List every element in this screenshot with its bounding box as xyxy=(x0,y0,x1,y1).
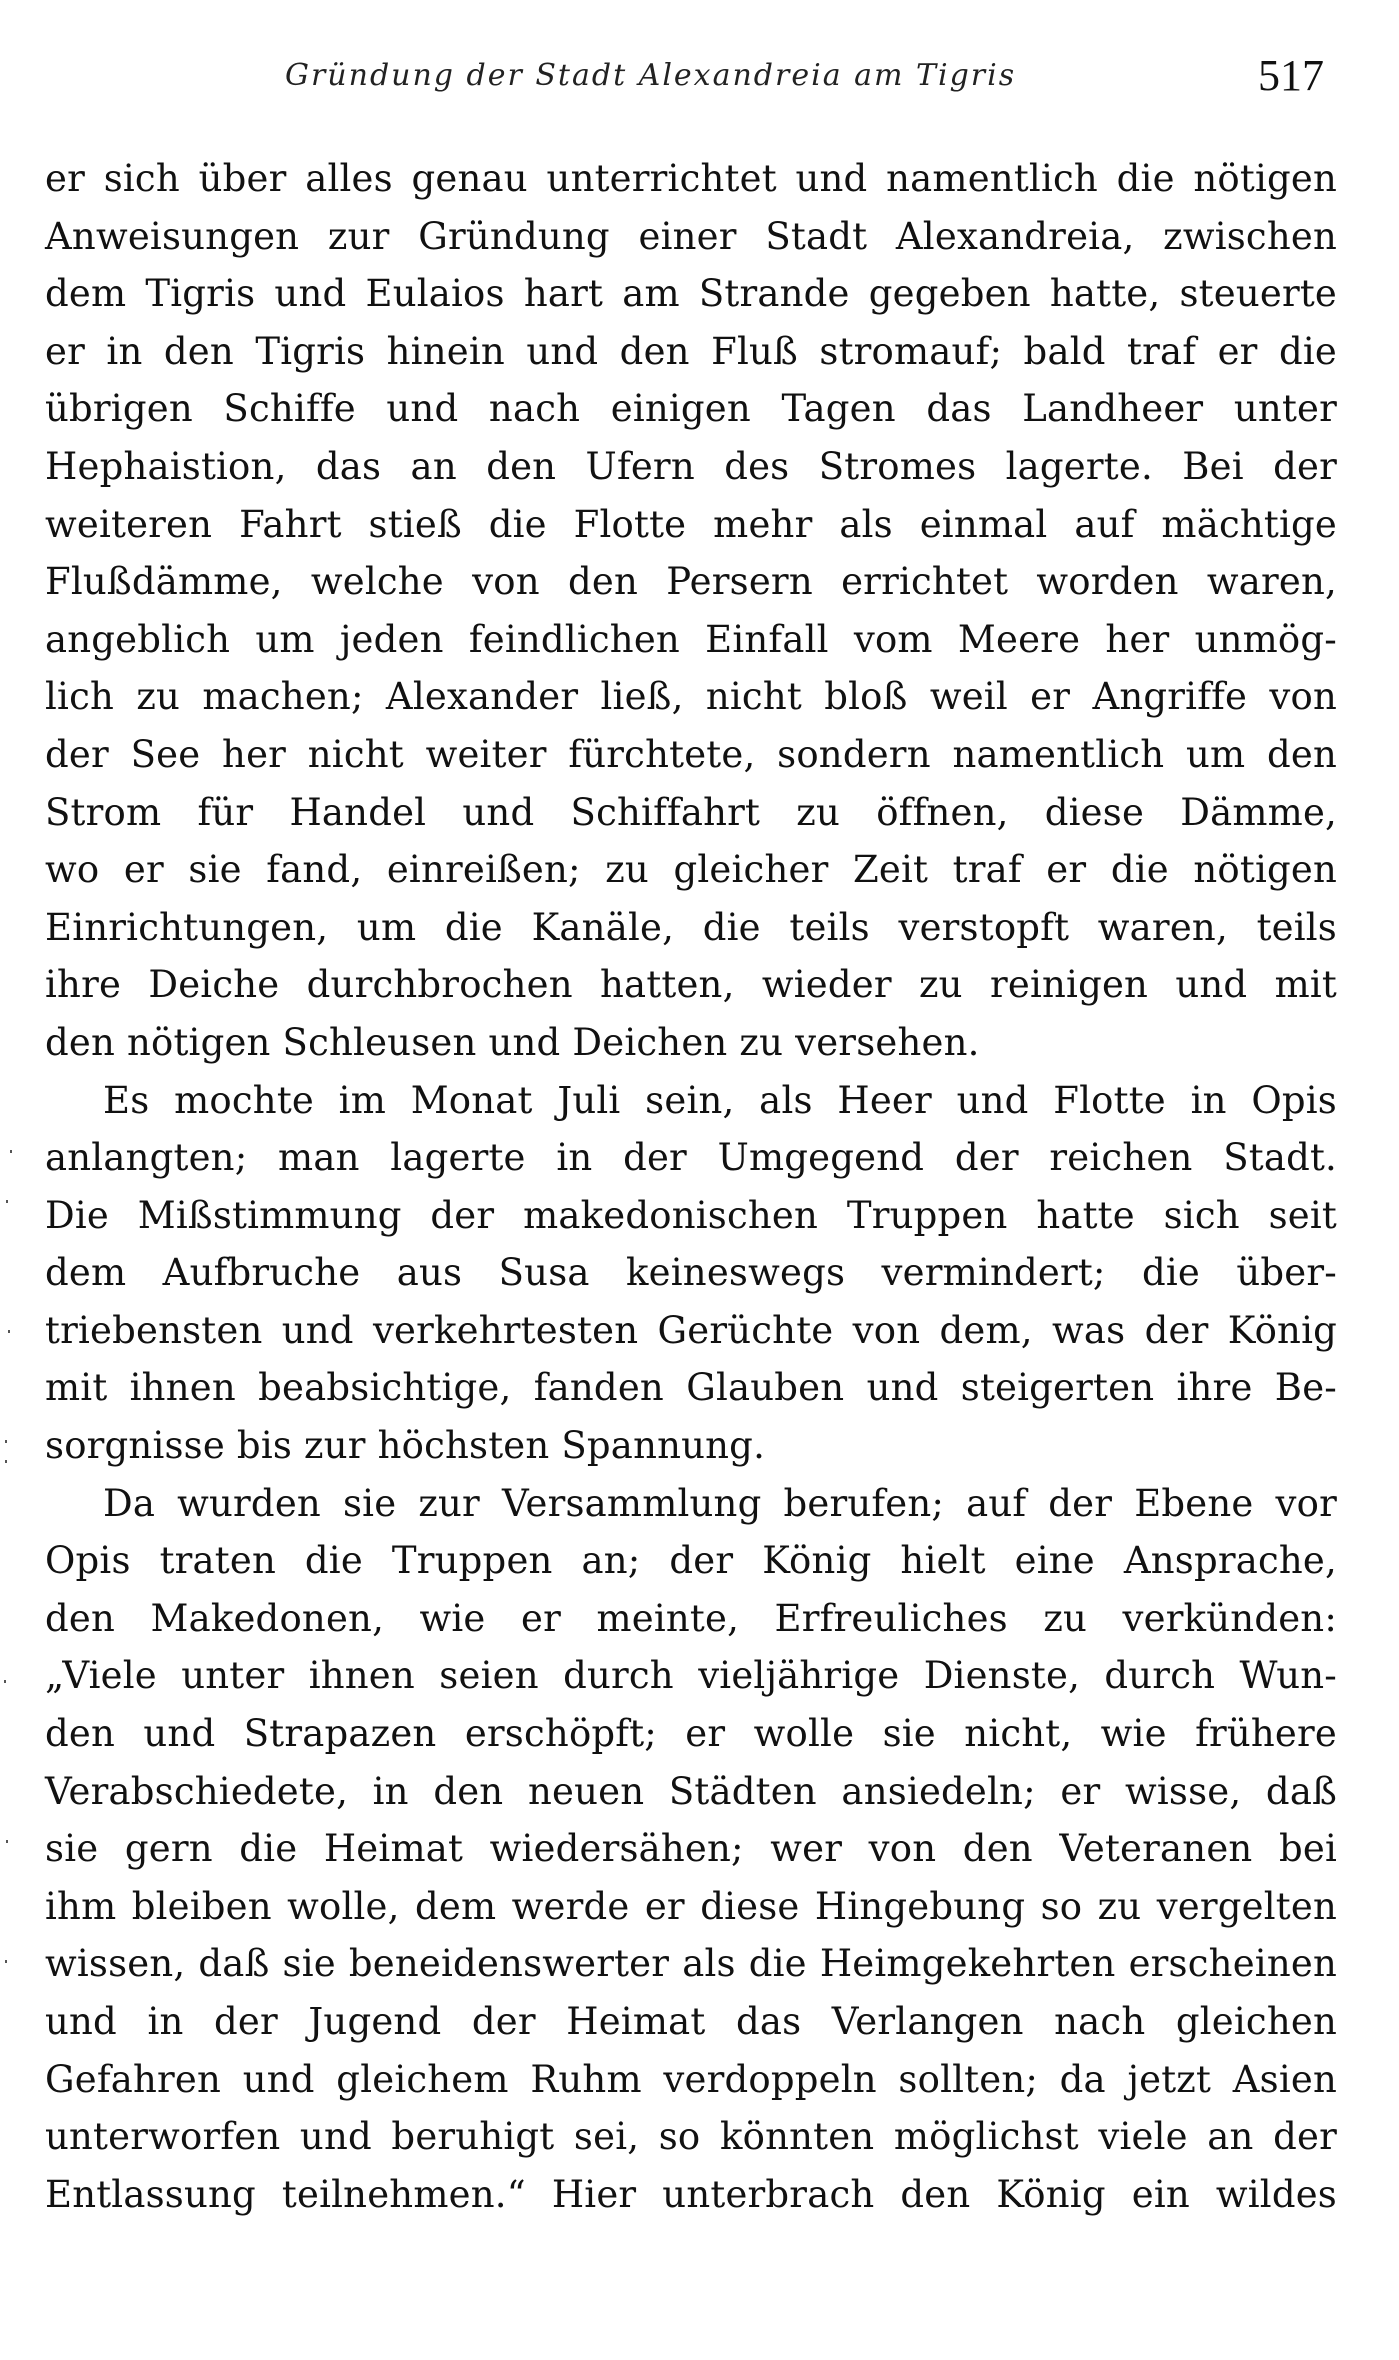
paragraph-3: Da wurden sie zur Versammlung berufen; a… xyxy=(45,1475,1337,2224)
text-line: Gefahren und gleichem Ruhm verdoppeln so… xyxy=(45,2051,1337,2109)
text-line: den und Strapazen erschöpft; er wolle si… xyxy=(45,1705,1337,1763)
text-line: weiteren Fahrt stieß die Flotte mehr als… xyxy=(45,496,1337,554)
running-head: Gründung der Stadt Alexandreia am Tigris… xyxy=(0,48,1399,108)
speck xyxy=(8,1330,10,1333)
text-line: Einrichtungen, um die Kanäle, die teils … xyxy=(45,899,1337,957)
text-line: und in der Jugend der Heimat das Verlang… xyxy=(45,1993,1337,2051)
speck xyxy=(4,1680,6,1683)
text-line: wo er sie fand, einreißen; zu gleicher Z… xyxy=(45,841,1337,899)
text-line: lich zu machen; Alexander ließ, nicht bl… xyxy=(45,668,1337,726)
text-line: Opis traten die Truppen an; der König hi… xyxy=(45,1532,1337,1590)
speck xyxy=(10,1150,12,1153)
text-line: Da wurden sie zur Versammlung berufen; a… xyxy=(45,1475,1337,1533)
text-line: er sich über alles genau unterrichtet un… xyxy=(45,150,1337,208)
running-title: Gründung der Stadt Alexandreia am Tigris xyxy=(285,58,1016,93)
speck xyxy=(5,1460,7,1463)
text-line: sie gern die Heimat wiedersähen; wer von… xyxy=(45,1820,1337,1878)
text-line: Flußdämme, welche von den Persern errich… xyxy=(45,553,1337,611)
text-line: Die Mißstimmung der makedonischen Truppe… xyxy=(45,1187,1337,1245)
body-text: er sich über alles genau unterrichtet un… xyxy=(45,150,1337,2223)
text-line: Entlassung teilnehmen.“ Hier unterbrach … xyxy=(45,2166,1337,2224)
speck xyxy=(5,1440,7,1443)
text-line: „Viele unter ihnen seien durch vieljähri… xyxy=(45,1647,1337,1705)
text-line: er in den Tigris hinein und den Fluß str… xyxy=(45,323,1337,381)
speck xyxy=(6,1840,8,1843)
text-line: den Makedonen, wie er meinte, Erfreulich… xyxy=(45,1590,1337,1648)
text-line: ihm bleiben wolle, dem werde er diese Hi… xyxy=(45,1878,1337,1936)
text-line: ihre Deiche durchbrochen hatten, wieder … xyxy=(45,956,1337,1014)
book-page: Gründung der Stadt Alexandreia am Tigris… xyxy=(0,0,1399,2360)
text-line: Es mochte im Monat Juli sein, als Heer u… xyxy=(45,1072,1337,1130)
text-line: Hephaistion, das an den Ufern des Strome… xyxy=(45,438,1337,496)
text-line: der See her nicht weiter fürchtete, sond… xyxy=(45,726,1337,784)
text-line: anlangten; man lagerte in der Umgegend d… xyxy=(45,1129,1337,1187)
text-line: den nötigen Schleusen und Deichen zu ver… xyxy=(45,1014,1337,1072)
paragraph-1: er sich über alles genau unterrichtet un… xyxy=(45,150,1337,1072)
text-line: angeblich um jeden feindlichen Einfall v… xyxy=(45,611,1337,669)
text-line: triebensten und verkehrtesten Gerüchte v… xyxy=(45,1302,1337,1360)
page-number: 517 xyxy=(1258,50,1324,101)
text-line: dem Aufbruche aus Susa keineswegs vermin… xyxy=(45,1244,1337,1302)
text-line: sorgnisse bis zur höchsten Spannung. xyxy=(45,1417,1337,1475)
text-line: Verabschiedete, in den neuen Städten ans… xyxy=(45,1763,1337,1821)
paragraph-2: Es mochte im Monat Juli sein, als Heer u… xyxy=(45,1072,1337,1475)
text-line: mit ihnen beabsichtige, fanden Glauben u… xyxy=(45,1359,1337,1417)
margin-specks xyxy=(0,0,30,2360)
text-line: Anweisungen zur Gründung einer Stadt Ale… xyxy=(45,208,1337,266)
text-line: unterworfen und beruhigt sei, so könnten… xyxy=(45,2108,1337,2166)
speck xyxy=(6,1200,8,1203)
text-line: wissen, daß sie beneidenswerter als die … xyxy=(45,1935,1337,1993)
text-line: Strom für Handel und Schiffahrt zu öffne… xyxy=(45,784,1337,842)
speck xyxy=(5,1960,7,1963)
text-line: dem Tigris und Eulaios hart am Strande g… xyxy=(45,265,1337,323)
text-line: übrigen Schiffe und nach einigen Tagen d… xyxy=(45,380,1337,438)
